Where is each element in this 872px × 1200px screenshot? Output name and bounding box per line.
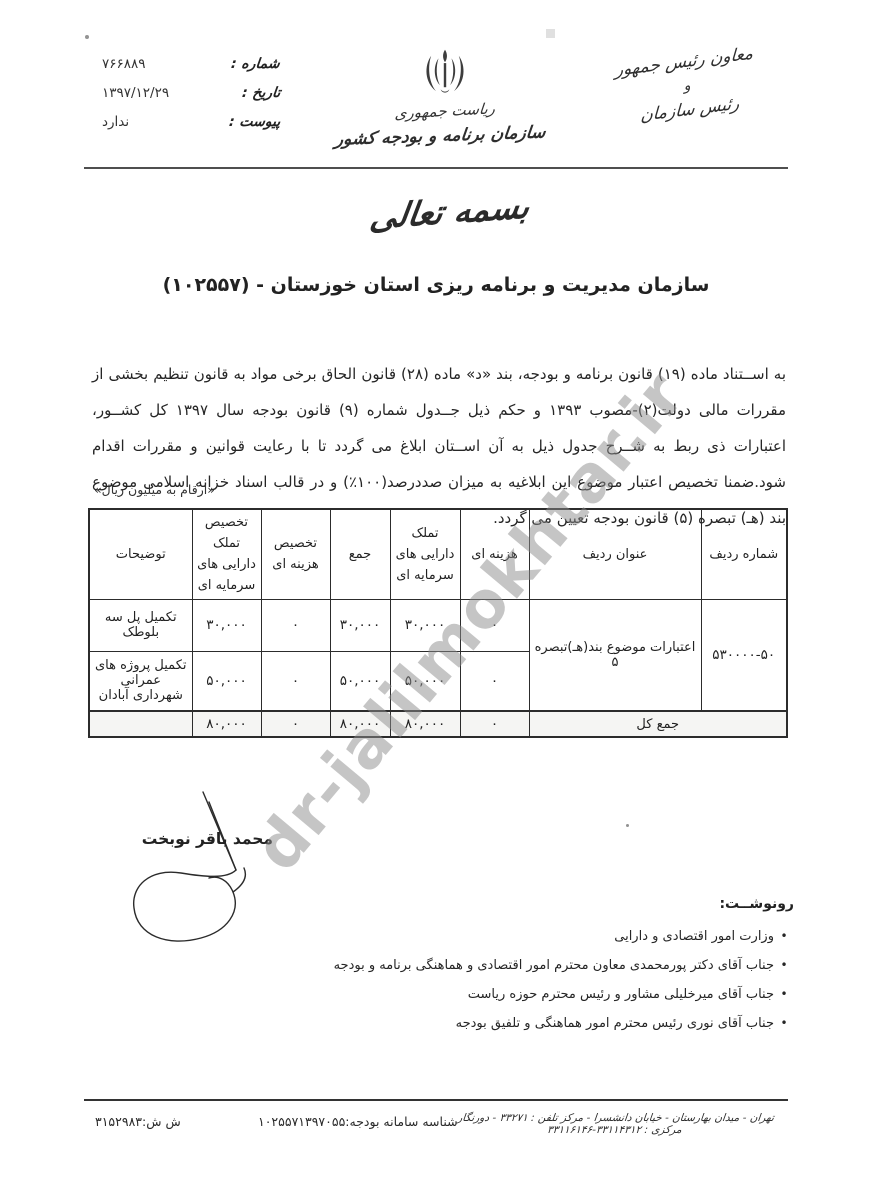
header-divider [84, 167, 788, 169]
cell-remarks-total [89, 711, 192, 737]
cell-total: ۵۰,۰۰۰ [330, 651, 390, 711]
addressee-title: سازمان مدیریت و برنامه ریزی استان خوزستا… [0, 274, 872, 296]
cc-item: • جناب آقای دکتر پورمحمدی معاون محترم ام… [234, 951, 794, 980]
cell-grand-total-label: جمع کل [529, 711, 787, 737]
bullet-icon: • [774, 980, 794, 1008]
date-value: ۱۳۹۷/۱۲/۲۹ [102, 85, 169, 101]
footer-divider [84, 1099, 788, 1101]
date-label: تاریخ : [241, 85, 281, 101]
cell-remarks: تکمیل پروژه های عمرانی شهرداری آبادان [89, 651, 192, 711]
cc-item: • جناب آقای نوری رئیس محترم امور هماهنگی… [234, 1009, 794, 1038]
col-header-expense: هزینه ای [460, 509, 529, 599]
cc-item-text: جناب آقای نوری رئیس محترم امور هماهنگی و… [456, 1010, 774, 1038]
attachment-label: پیوست : [228, 114, 281, 130]
letter-meta: شماره : ۷۶۶۸۸۹ تاریخ : ۱۳۹۷/۱۲/۲۹ پیوست … [102, 56, 280, 143]
scan-speck [546, 29, 555, 38]
col-header-capital-allocation: تخصیص تملک دارایی های سرمایه ای [192, 509, 261, 599]
cell-total: ۳۰,۰۰۰ [330, 599, 390, 651]
col-header-remarks: توضیحات [89, 509, 192, 599]
cell-capital-allocation-total: ۸۰,۰۰۰ [192, 711, 261, 737]
number-value: ۷۶۶۸۸۹ [102, 56, 146, 72]
cc-label: رونوشــت: [234, 896, 794, 912]
org-presidency-line: ریاست جمهوری [344, 97, 547, 125]
besmeleh-calligraphy: بسمه تعالی [308, 182, 593, 241]
footer-budget-system-id: شناسه سامانه بودجه:۱۰۲۵۵۷۱۳۹۷۰۵۵ [258, 1114, 458, 1129]
cell-capital-allocation: ۵۰,۰۰۰ [192, 651, 261, 711]
scan-speck [626, 824, 629, 827]
cc-item: • جناب آقای میرخلیلی مشاور و رئیس محترم … [234, 980, 794, 1009]
cell-total-total: ۸۰,۰۰۰ [330, 711, 390, 737]
footer-serial-number: ش ش:۳۱۵۲۹۸۳ [95, 1114, 181, 1129]
cell-remarks: تکمیل پل سه بلوطک [89, 599, 192, 651]
table-row: ۵۳۰۰۰۰-۵۰ اعتبارات موضوع بند(هـ)تبصره ۵ … [89, 599, 787, 651]
col-header-row-title: عنوان ردیف [529, 509, 701, 599]
meta-row-number: شماره : ۷۶۶۸۸۹ [102, 56, 280, 72]
iran-emblem-icon [419, 48, 471, 98]
cell-row-title: اعتبارات موضوع بند(هـ)تبصره ۵ [529, 599, 701, 711]
cell-expense-total: ۰ [460, 711, 529, 737]
cc-item-text: جناب آقای دکتر پورمحمدی معاون محترم امور… [334, 952, 774, 980]
cc-item: • وزارت امور اقتصادی و دارایی [234, 922, 794, 951]
cell-expense: ۰ [460, 599, 529, 651]
number-label: شماره : [230, 56, 280, 72]
col-header-capital-assets: تملک دارایی های سرمایه ای [390, 509, 460, 599]
cell-capital: ۳۰,۰۰۰ [390, 599, 460, 651]
meta-row-attachment: پیوست : ندارد [102, 114, 280, 130]
cell-expense-allocation-total: ۰ [261, 711, 330, 737]
budget-table: شماره ردیف عنوان ردیف هزینه ای تملک دارا… [88, 508, 788, 738]
org-name-line: سازمان برنامه و بودجه کشور [344, 123, 547, 150]
cell-expense: ۰ [460, 651, 529, 711]
cell-expense-allocation: ۰ [261, 599, 330, 651]
footer-address: تهران - میدان بهارستان - خیابان دانشسرا … [439, 1112, 792, 1136]
cell-capital: ۵۰,۰۰۰ [390, 651, 460, 711]
col-header-row-number: شماره ردیف [701, 509, 787, 599]
col-header-total: جمع [330, 509, 390, 599]
signer-name: محمد باقر نوبخت [142, 830, 273, 848]
cc-section: رونوشــت: • وزارت امور اقتصادی و دارایی … [234, 896, 794, 1038]
scan-speck [85, 35, 89, 39]
cell-row-number: ۵۳۰۰۰۰-۵۰ [701, 599, 787, 711]
letterhead-center: ریاست جمهوری سازمان برنامه و بودجه کشور [345, 48, 545, 146]
scanned-letter-page: dr-jalilmokhtar.ir شماره : ۷۶۶۸۸۹ تاریخ … [0, 0, 872, 1200]
cc-item-text: جناب آقای میرخلیلی مشاور و رئیس محترم حو… [468, 981, 774, 1009]
cc-item-text: وزارت امور اقتصادی و دارایی [614, 923, 774, 951]
meta-row-date: تاریخ : ۱۳۹۷/۱۲/۲۹ [102, 85, 280, 101]
signer-title-block: معاون رئیس جمهور و رئیس سازمان [569, 38, 806, 134]
col-header-expense-allocation: تخصیص هزینه ای [261, 509, 330, 599]
bullet-icon: • [774, 1009, 794, 1037]
attachment-value: ندارد [102, 114, 129, 130]
table-header-row: شماره ردیف عنوان ردیف هزینه ای تملک دارا… [89, 509, 787, 599]
cell-capital-allocation: ۳۰,۰۰۰ [192, 599, 261, 651]
cell-expense-allocation: ۰ [261, 651, 330, 711]
units-note: «ارقام به میلیون ریال» [94, 482, 215, 497]
table-total-row: جمع کل ۰ ۸۰,۰۰۰ ۸۰,۰۰۰ ۰ ۸۰,۰۰۰ [89, 711, 787, 737]
bullet-icon: • [774, 922, 794, 950]
bullet-icon: • [774, 951, 794, 979]
cell-capital-total: ۸۰,۰۰۰ [390, 711, 460, 737]
